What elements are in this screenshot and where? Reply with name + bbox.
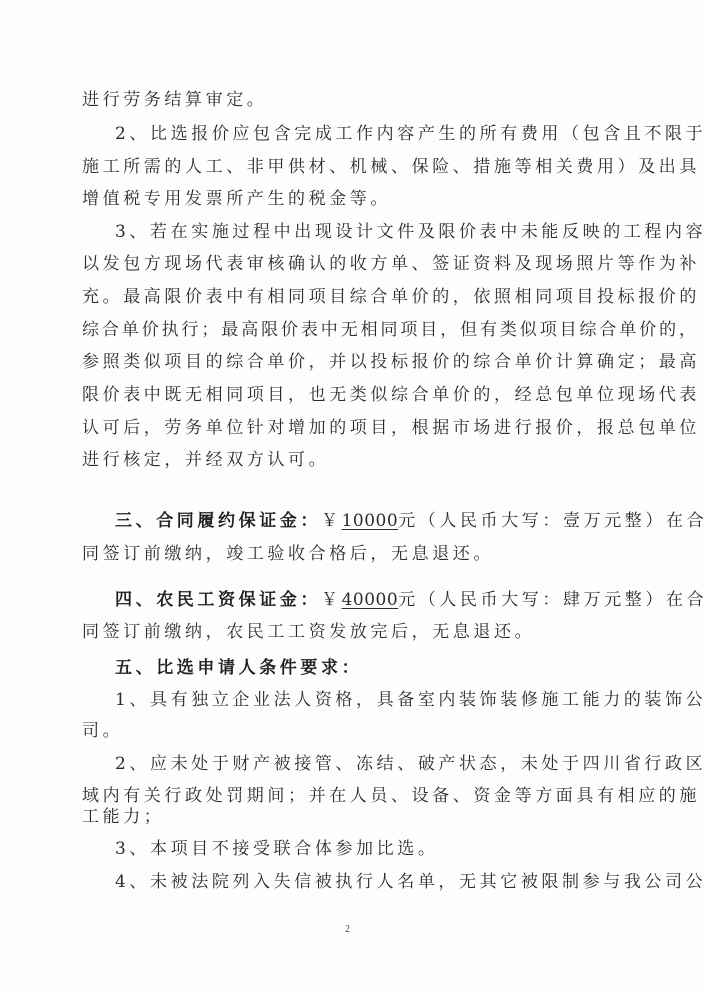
currency-symbol: ￥ <box>321 511 342 531</box>
requirement-line: 4、未被法院列入失信被执行人名单，无其它被限制参与我公司公 <box>115 872 627 892</box>
paragraph-line: 施工所需的人工、非甲供材、机械、保险、措施等相关费用）及出具 <box>82 157 627 177</box>
currency-symbol: ￥ <box>321 590 342 610</box>
section-5-heading: 五、比选申请人条件要求： <box>115 658 627 678</box>
requirement-line: 司。 <box>82 721 627 741</box>
paragraph-line: 2、比选报价应包含完成工作内容产生的所有费用（包含且不限于 <box>115 124 627 144</box>
paragraph-line: 参照类似项目的综合单价，并以投标报价的综合单价计算确定；最高 <box>82 352 627 372</box>
requirement-line: 1、具有独立企业法人资格，具备室内装饰装修施工能力的装饰公 <box>115 690 627 710</box>
section-3-text: 元（人民币大写：壹万元整）在合 <box>398 511 706 531</box>
paragraph-line: 充。最高限价表中有相同项目综合单价的，依照相同项目投标报价的 <box>82 287 627 307</box>
section-4-line: 四、农民工资保证金：￥40000元（人民币大写：肆万元整）在合 <box>115 590 627 610</box>
paragraph-line: 进行劳务结算审定。 <box>82 90 627 110</box>
wage-bond-amount: 40000 <box>342 590 399 610</box>
paragraph-line: 以发包方现场代表审核确认的收方单、签证资料及现场照片等作为补 <box>82 254 627 274</box>
paragraph-line: 综合单价执行；最高限价表中无相同项目，但有类似项目综合单价的， <box>82 320 627 340</box>
paragraph-line: 增值税专用发票所产生的税金等。 <box>82 189 627 209</box>
paragraph-line: 认可后，劳务单位针对增加的项目，根据市场进行报价，报总包单位 <box>82 418 627 438</box>
document-page: 进行劳务结算审定。 2、比选报价应包含完成工作内容产生的所有费用（包含且不限于 … <box>0 0 706 994</box>
requirement-line: 域内有关行政处罚期间；并在人员、设备、资金等方面具有相应的施 <box>82 786 627 806</box>
section-4-line-2: 同签订前缴纳，农民工工资发放完后，无息退还。 <box>82 622 627 642</box>
paragraph-line: 限价表中既无相同项目，也无类似综合单价的，经总包单位现场代表 <box>82 385 627 405</box>
performance-bond-amount: 10000 <box>342 511 399 531</box>
requirement-line: 2、应未处于财产被接管、冻结、破产状态，未处于四川省行政区 <box>115 754 627 774</box>
requirement-line: 3、本项目不接受联合体参加比选。 <box>115 839 627 859</box>
section-4-text: 元（人民币大写：肆万元整）在合 <box>398 590 706 610</box>
section-3-line: 三、合同履约保证金：￥10000元（人民币大写：壹万元整）在合 <box>115 511 627 531</box>
requirement-line: 工能力； <box>82 807 627 827</box>
paragraph-line: 进行核定，并经双方认可。 <box>82 450 627 470</box>
paragraph-line: 3、若在实施过程中出现设计文件及限价表中未能反映的工程内容， <box>115 222 627 242</box>
page-number: 2 <box>345 924 350 935</box>
section-3-heading: 三、合同履约保证金： <box>115 511 321 531</box>
section-3-line-2: 同签订前缴纳，竣工验收合格后，无息退还。 <box>82 544 627 564</box>
section-4-heading: 四、农民工资保证金： <box>115 590 321 610</box>
